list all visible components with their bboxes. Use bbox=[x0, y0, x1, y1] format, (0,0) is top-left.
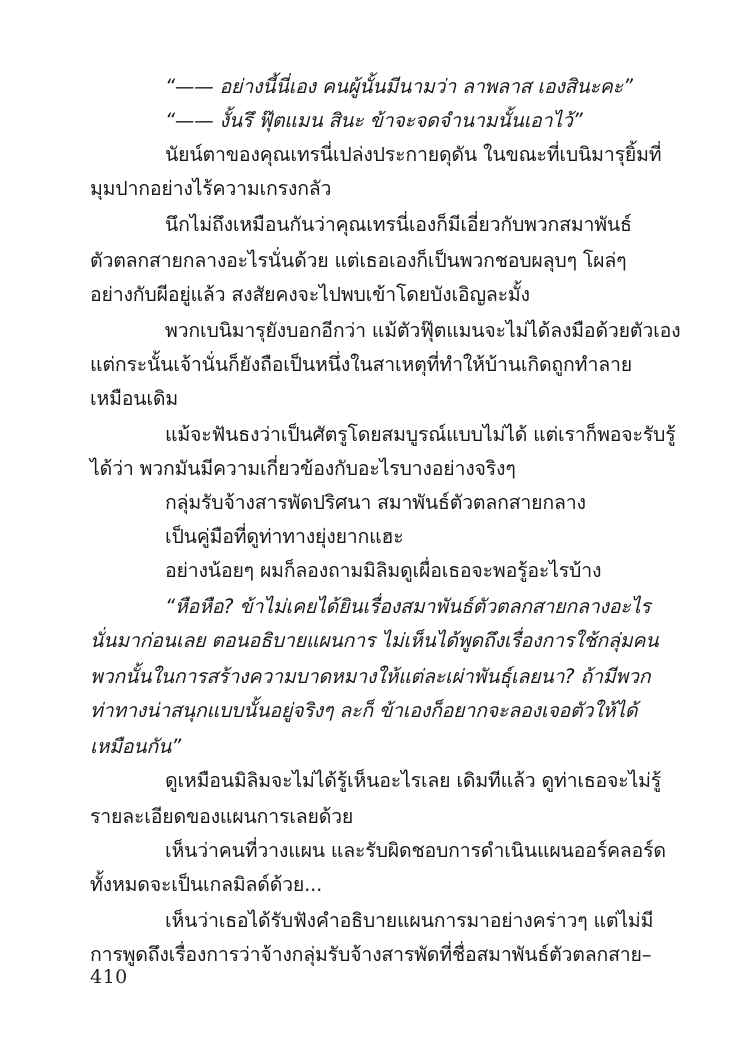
body-text-line: แต่กระนั้นเจ้านั่นก็ยังถือเป็นหนึ่งในสาเ… bbox=[90, 350, 632, 380]
body-text-line: ทั้งหมดจะเป็นเกลมิลด์ด้วย... bbox=[90, 870, 322, 900]
body-text-line: เป็นคู่มือที่ดูท่าทางยุ่งยากแฮะ bbox=[165, 522, 404, 552]
body-text-line: นัยน์ตาของคุณเทรนี่เปล่งประกายดุดัน ในขณ… bbox=[165, 140, 661, 170]
dialogue-line: ท่าทางน่าสนุกแบบนั้นอยู่จริงๆ ละก็ ข้าเอ… bbox=[90, 696, 637, 726]
body-text-line: รายละเอียดของแผนการเลยด้วย bbox=[90, 802, 353, 832]
body-text-line: ตัวตลกสายกลางอะไรนั่นด้วย แต่เธอเองก็เป็… bbox=[90, 246, 626, 276]
body-text-line: เห็นว่าเธอได้รับฟังคำอธิบายแผนการมาอย่าง… bbox=[165, 906, 653, 936]
dialogue-line: พวกนั้นในการสร้างความบาดหมางให้แต่ละเผ่า… bbox=[90, 662, 650, 692]
body-text-line: เห็นว่าคนที่วางแผน และรับผิดชอบการดำเนิน… bbox=[165, 836, 666, 866]
body-text-line: ได้ว่า พวกมันมีความเกี่ยวข้องกับอะไรบางอ… bbox=[90, 454, 516, 484]
page-number: 410 bbox=[90, 966, 128, 988]
dialogue-line: เหมือนกัน” bbox=[90, 732, 181, 762]
body-text-line: การพูดถึงเรื่องการว่าจ้างกลุ่มรับจ้างสาร… bbox=[90, 940, 651, 970]
dialogue-line: “—— งั้นรึ ฟุ๊ตแมน สินะ ข้าจะจดจำนามนั้น… bbox=[165, 106, 583, 136]
body-text-line: อย่างกับผีอยู่แล้ว สงสัยคงจะไปพบเข้าโดยบ… bbox=[90, 280, 530, 310]
dialogue-line: “หือหือ? ข้าไม่เคยได้ยินเรื่องสมาพันธ์ตั… bbox=[165, 592, 650, 622]
book-page: “—— อย่างนี้นี่เอง คนผู้นั้นมีนามว่า ลาพ… bbox=[0, 0, 738, 1051]
dialogue-line: “—— อย่างนี้นี่เอง คนผู้นั้นมีนามว่า ลาพ… bbox=[165, 72, 633, 102]
body-text-line: แม้จะฟันธงว่าเป็นศัตรูโดยสมบูรณ์แบบไม่ได… bbox=[165, 420, 676, 450]
body-text-line: เหมือนเดิม bbox=[90, 384, 178, 414]
body-text-line: มุมปากอย่างไร้ความเกรงกลัว bbox=[90, 174, 331, 204]
body-text-line: พวกเบนิมารุยังบอกอีกว่า แม้ตัวฟุ๊ตแมนจะไ… bbox=[165, 316, 680, 346]
body-text-line: กลุ่มรับจ้างสารพัดปริศนา สมาพันธ์ตัวตลกส… bbox=[165, 488, 586, 518]
body-text-line: อย่างน้อยๆ ผมก็ลองถามมิลิมดูเผื่อเธอจะพอ… bbox=[165, 556, 601, 586]
dialogue-line: นั่นมาก่อนเลย ตอนอธิบายแผนการ ไม่เห็นได้… bbox=[90, 626, 658, 656]
body-text-line: นึกไม่ถึงเหมือนกันว่าคุณเทรนี่เองก็มีเอี… bbox=[165, 210, 632, 240]
body-text-line: ดูเหมือนมิลิมจะไม่ได้รู้เห็นอะไรเลย เดิม… bbox=[165, 766, 661, 796]
